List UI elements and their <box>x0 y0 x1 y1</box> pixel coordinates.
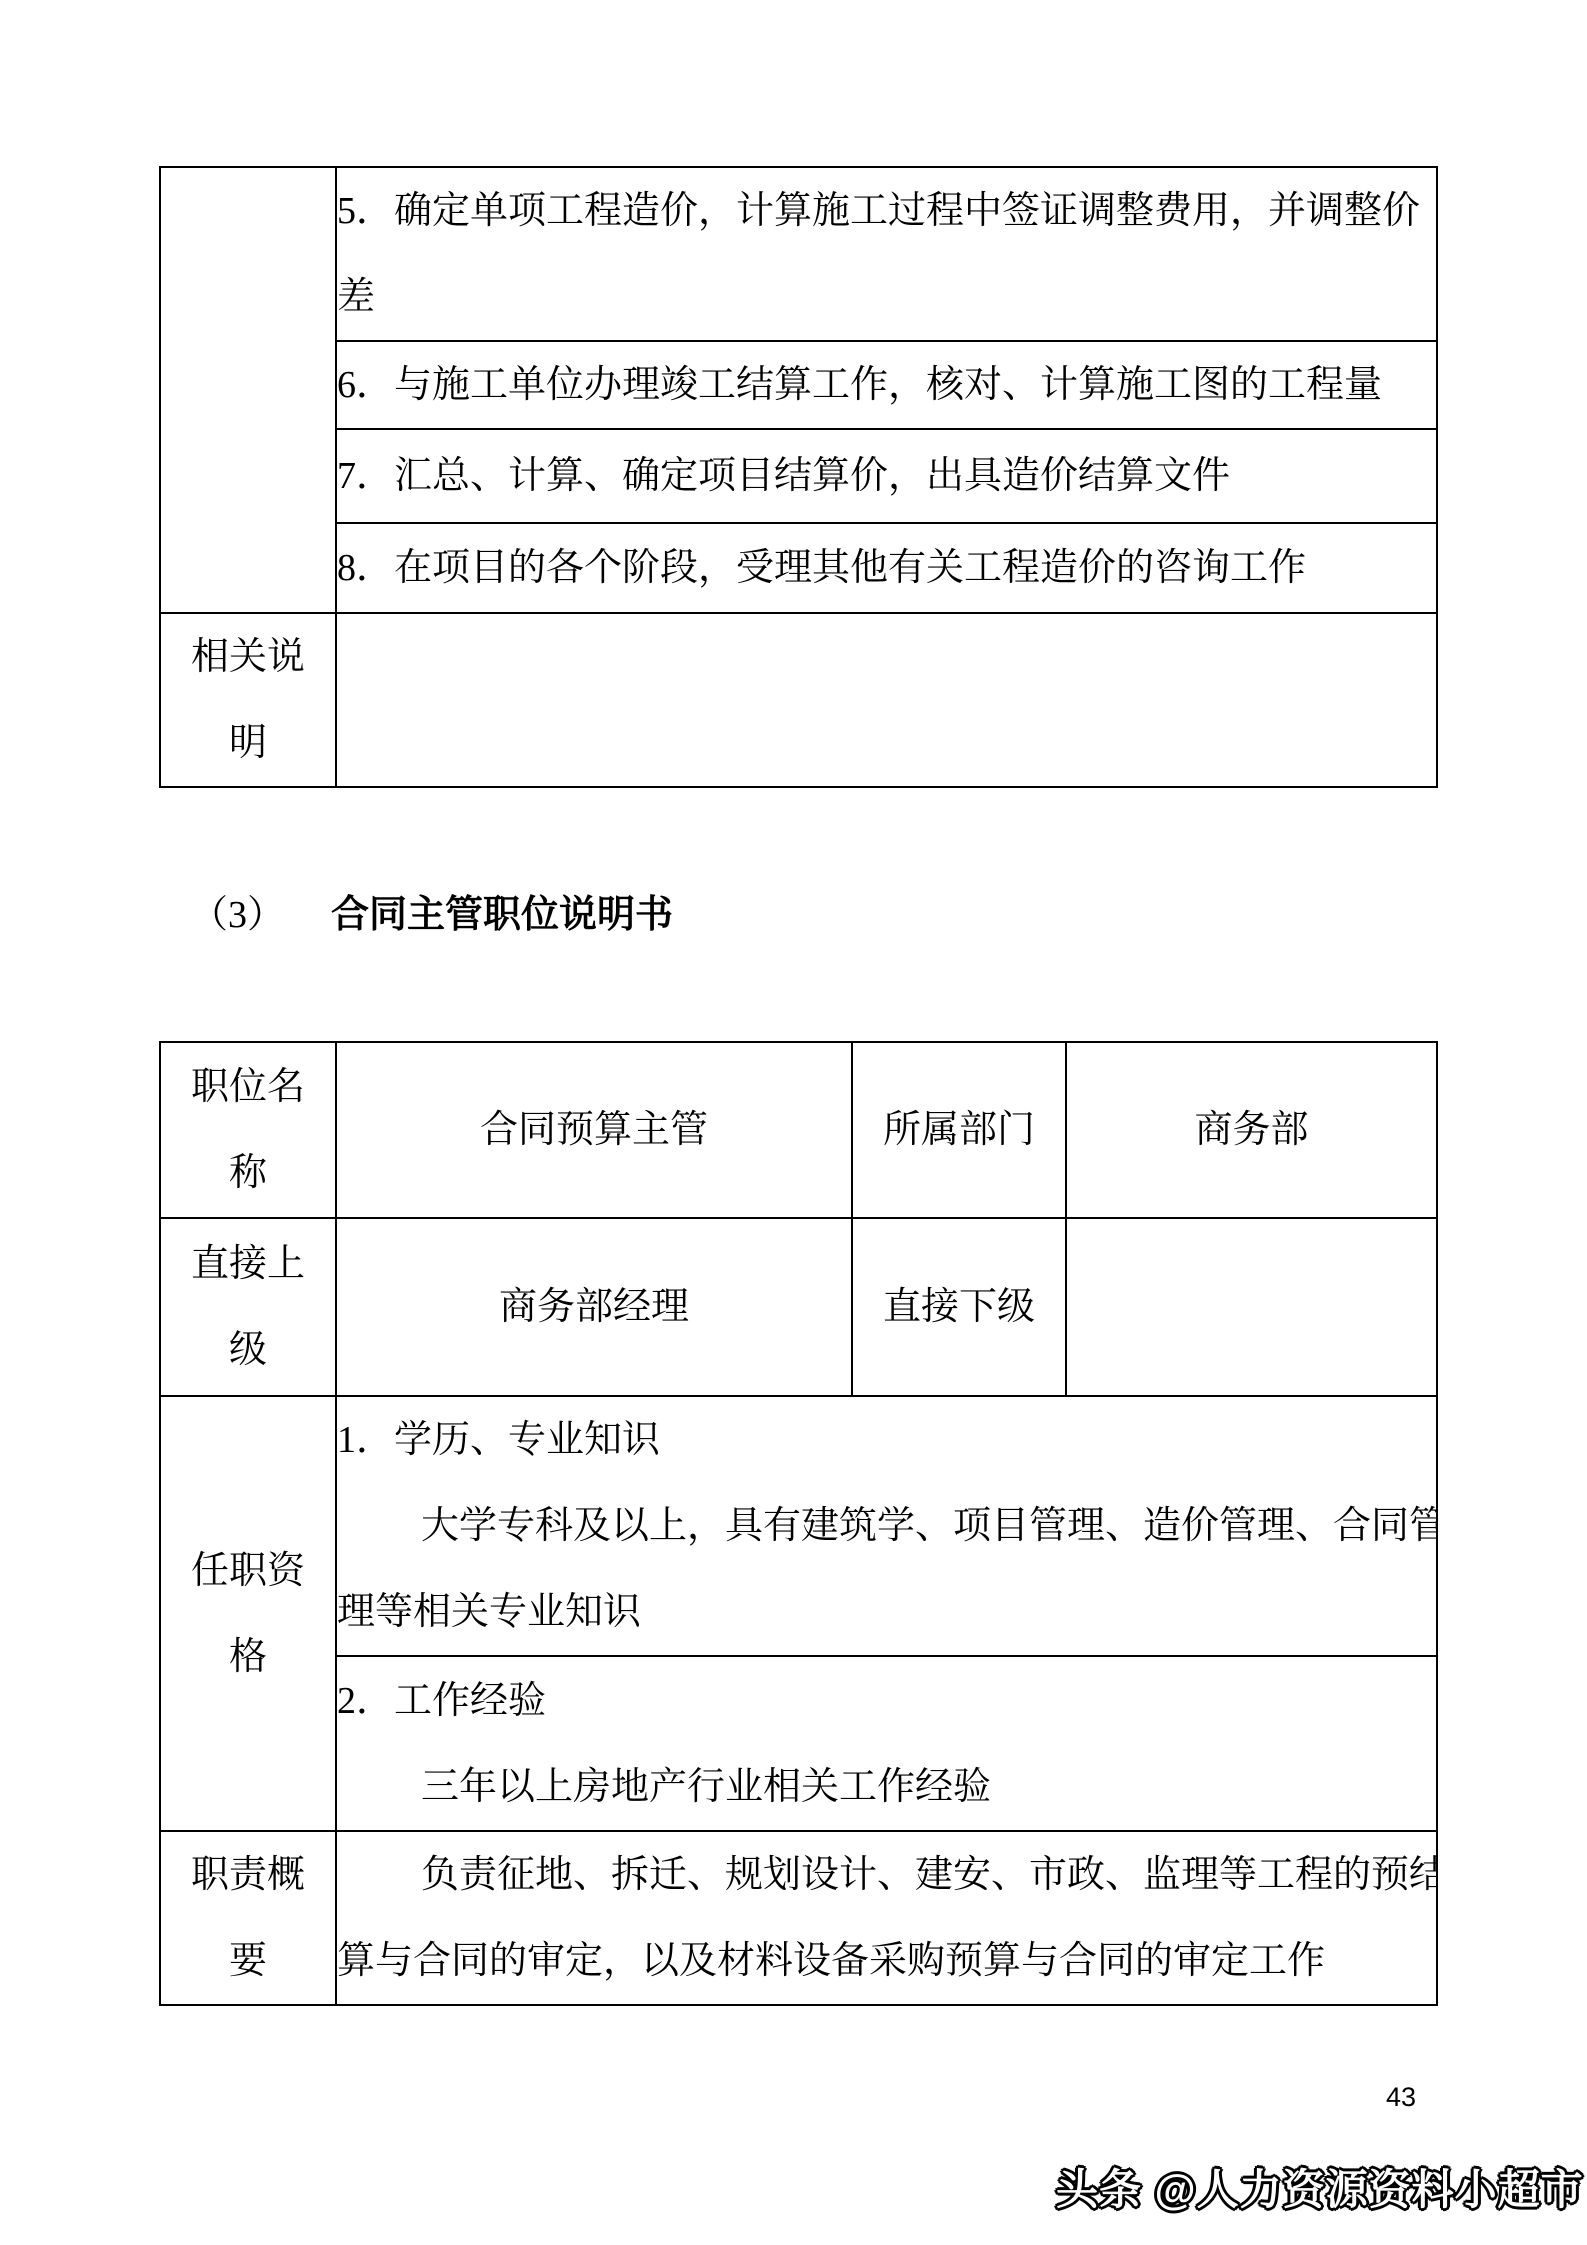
section-heading: （3）合同主管职位说明书 <box>190 893 673 937</box>
education-line-2: 大学专科及以上，具有建筑学、项目管理、造价管理、合同管 <box>337 1483 1436 1569</box>
summary-label-line-2: 要 <box>161 1918 335 2004</box>
experience-line-1: 2．工作经验 <box>337 1658 1436 1744</box>
duty-6-cell: 6．与施工单位办理竣工结算工作，核对、计算施工图的工程量 <box>336 341 1437 429</box>
qualification-experience-row: 2．工作经验 三年以上房地产行业相关工作经验 <box>160 1656 1437 1831</box>
supervisor-value-cell: 商务部经理 <box>336 1218 852 1396</box>
subordinate-label-cell: 直接下级 <box>852 1218 1066 1396</box>
related-note-label-cell: 相关说 明 <box>160 613 336 787</box>
summary-row: 职责概 要 负责征地、拆迁、规划设计、建安、市政、监理等工程的预结 算与合同的审… <box>160 1831 1437 2005</box>
duty-row-5: 5．确定单项工程造价，计算施工过程中签证调整费用，并调整价 差 <box>160 167 1437 341</box>
page-number: 43 <box>1386 2080 1416 2114</box>
summary-label-cell: 职责概 要 <box>160 1831 336 2005</box>
subordinate-value-cell <box>1066 1218 1437 1396</box>
related-note-label-line-1: 相关说 <box>161 614 335 700</box>
job-title-label-line-1: 职位名 <box>161 1044 335 1130</box>
duty-5-cell: 5．确定单项工程造价，计算施工过程中签证调整费用，并调整价 差 <box>336 167 1437 341</box>
supervisor-row: 直接上 级 商务部经理 直接下级 <box>160 1218 1437 1396</box>
qualification-label-line-1: 任职资 <box>161 1528 335 1614</box>
duty-5-line-2: 差 <box>337 254 1436 340</box>
department-label-cell: 所属部门 <box>852 1042 1066 1218</box>
duty-7-cell: 7．汇总、计算、确定项目结算价，出具造价结算文件 <box>336 429 1437 523</box>
duty-8-cell: 8．在项目的各个阶段，受理其他有关工程造价的咨询工作 <box>336 523 1437 613</box>
job-title-label-line-2: 称 <box>161 1130 335 1216</box>
section-heading-index: （3） <box>190 894 285 936</box>
duty-7-line: 7．汇总、计算、确定项目结算价，出具造价结算文件 <box>337 433 1436 519</box>
section-heading-title: 合同主管职位说明书 <box>331 894 673 936</box>
department-value-cell: 商务部 <box>1066 1042 1437 1218</box>
summary-line-1: 负责征地、拆迁、规划设计、建安、市政、监理等工程的预结 <box>337 1832 1436 1918</box>
qualification-label-cell: 任职资 格 <box>160 1396 336 1831</box>
experience-line-2: 三年以上房地产行业相关工作经验 <box>337 1744 1436 1830</box>
job-title-row: 职位名 称 合同预算主管 所属部门 商务部 <box>160 1042 1437 1218</box>
related-note-row: 相关说 明 <box>160 613 1437 787</box>
footer-watermark: 头条 @人力资源资料小超市 <box>1056 2162 1584 2218</box>
related-note-label-line-2: 明 <box>161 700 335 786</box>
experience-cell: 2．工作经验 三年以上房地产行业相关工作经验 <box>336 1656 1437 1831</box>
supervisor-label-cell: 直接上 级 <box>160 1218 336 1396</box>
duties-table: 5．确定单项工程造价，计算施工过程中签证调整费用，并调整价 差 6．与施工单位办… <box>159 166 1438 788</box>
duty-6-line: 6．与施工单位办理竣工结算工作，核对、计算施工图的工程量 <box>337 342 1436 428</box>
education-cell: 1．学历、专业知识 大学专科及以上，具有建筑学、项目管理、造价管理、合同管 理等… <box>336 1396 1437 1656</box>
education-line-3: 理等相关专业知识 <box>337 1569 1436 1655</box>
document-page: 5．确定单项工程造价，计算施工过程中签证调整费用，并调整价 差 6．与施工单位办… <box>0 0 1587 2245</box>
job-title-label-cell: 职位名 称 <box>160 1042 336 1218</box>
duty-row-8: 8．在项目的各个阶段，受理其他有关工程造价的咨询工作 <box>160 523 1437 613</box>
job-title-value-cell: 合同预算主管 <box>336 1042 852 1218</box>
related-note-content-cell <box>336 613 1437 787</box>
duty-row-7: 7．汇总、计算、确定项目结算价，出具造价结算文件 <box>160 429 1437 523</box>
supervisor-label-line-2: 级 <box>161 1307 335 1393</box>
position-table: 职位名 称 合同预算主管 所属部门 商务部 直接上 级 商务部经理 直接下级 任… <box>159 1041 1438 2006</box>
duty-category-cell-empty <box>160 167 336 613</box>
summary-cell: 负责征地、拆迁、规划设计、建安、市政、监理等工程的预结 算与合同的审定，以及材料… <box>336 1831 1437 2005</box>
supervisor-label-line-1: 直接上 <box>161 1221 335 1307</box>
summary-label-line-1: 职责概 <box>161 1832 335 1918</box>
qualification-education-row: 任职资 格 1．学历、专业知识 大学专科及以上，具有建筑学、项目管理、造价管理、… <box>160 1396 1437 1656</box>
education-line-1: 1．学历、专业知识 <box>337 1397 1436 1483</box>
duty-row-6: 6．与施工单位办理竣工结算工作，核对、计算施工图的工程量 <box>160 341 1437 429</box>
duty-8-line: 8．在项目的各个阶段，受理其他有关工程造价的咨询工作 <box>337 525 1436 611</box>
summary-line-2: 算与合同的审定，以及材料设备采购预算与合同的审定工作 <box>337 1918 1436 2004</box>
qualification-label-line-2: 格 <box>161 1614 335 1700</box>
duty-5-line-1: 5．确定单项工程造价，计算施工过程中签证调整费用，并调整价 <box>337 168 1436 254</box>
